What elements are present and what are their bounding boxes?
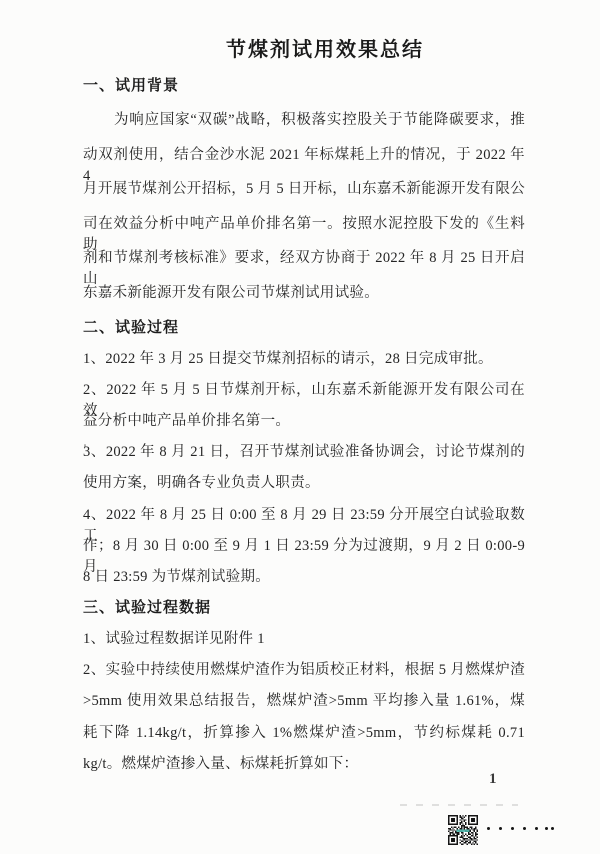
text-line: 8 日 23:59 为节煤剂试验期。: [83, 567, 525, 598]
document-title: 节煤剂试用效果总结: [104, 30, 546, 76]
dot-mark: [487, 827, 490, 830]
text-line: 4、2022 年 8 月 25 日 0:00 至 8 月 29 日 23:59 …: [83, 505, 525, 536]
dot-mark: [535, 827, 538, 830]
text-line: 1、2022 年 3 月 25 日提交节煤剂招标的请示，28 日完成审批。: [83, 349, 525, 380]
document-page: 节煤剂试用效果总结 一、试用背景 为响应国家“双碳”战略，积极落实控股关于节能降…: [0, 0, 600, 854]
text-line: 益分析中吨产品单价排名第一。: [83, 411, 525, 442]
dot-mark: [511, 827, 514, 830]
text-line: 剂和节煤剂考核标准》要求，经双方协商于 2022 年 8 月 25 日开启山: [83, 248, 525, 283]
section-lines: 1、2022 年 3 月 25 日提交节煤剂招标的请示，28 日完成审批。 2、…: [83, 349, 525, 599]
scan-stray-mark: 1: [489, 771, 499, 787]
document-section: 三、试验过程数据 1、试验过程数据详见附件 1 2、实验中持续使用燃煤炉渣作为铝…: [83, 598, 525, 785]
text-line: 司在效益分析中吨产品单价排名第一。按照水泥控股下发的《生料助: [83, 214, 525, 249]
document-sections: 一、试用背景 为响应国家“双碳”战略，积极落实控股关于节能降碳要求，推 动双剂使…: [83, 76, 525, 785]
text-line: 2、2022 年 5 月 5 日节煤剂开标，山东嘉禾新能源开发有限公司在效: [83, 380, 525, 411]
text-line: 作；8 月 30 日 0:00 至 9 月 1 日 23:59 分为过渡期，9 …: [83, 536, 525, 567]
document-section: 二、试验过程 1、2022 年 3 月 25 日提交节煤剂招标的请示，28 日完…: [83, 318, 525, 599]
dotted-marks: [487, 827, 554, 830]
qr-code-icon: [448, 815, 478, 845]
text-line: >5mm 使用效果总结报告，燃煤炉渣>5mm 平均掺入量 1.61%，煤: [83, 691, 525, 722]
text-line: kg/t。燃煤炉渣掺入量、标煤耗折算如下：: [83, 754, 525, 785]
dot-mark: [499, 827, 502, 830]
text-line: 3、2022 年 8 月 21 日，召开节煤剂试验准备协调会，讨论节煤剂的: [83, 442, 525, 473]
text-line: 东嘉禾新能源开发有限公司节煤剂试用试验。: [83, 283, 525, 318]
dot-mark: [523, 827, 526, 830]
text-line: 2、实验中持续使用燃煤炉渣作为铝质校正材料，根据 5 月燃煤炉渣: [83, 660, 525, 691]
section-heading: 一、试用背景: [83, 76, 525, 110]
scan-speck: [84, 444, 86, 447]
text-line: 动双剂使用，结合金沙水泥 2021 年标煤耗上升的情况，于 2022 年 4: [83, 145, 525, 180]
text-line: 耗下降 1.14kg/t，折算掺入 1%燃煤炉渣>5mm，节约标煤耗 0.71: [83, 723, 525, 754]
document-section: 一、试用背景 为响应国家“双碳”战略，积极落实控股关于节能降碳要求，推 动双剂使…: [83, 76, 525, 318]
dot-mark: [545, 827, 548, 830]
text-line: 为响应国家“双碳”战略，积极落实控股关于节能降碳要求，推: [83, 110, 525, 145]
text-line: 月开展节煤剂公开招标，5 月 5 日开标，山东嘉禾新能源开发有限公: [83, 179, 525, 214]
text-line: 1、试验过程数据详见附件 1: [83, 629, 525, 660]
text-line: 使用方案，明确各专业负责人职责。: [83, 473, 525, 504]
scan-smudge: [400, 804, 518, 806]
section-lines: 1、试验过程数据详见附件 1 2、实验中持续使用燃煤炉渣作为铝质校正材料，根据 …: [83, 629, 525, 785]
section-heading: 三、试验过程数据: [83, 598, 525, 629]
section-lines: 为响应国家“双碳”战略，积极落实控股关于节能降碳要求，推 动双剂使用，结合金沙水…: [83, 110, 525, 318]
section-heading: 二、试验过程: [83, 318, 525, 349]
document-content: 节煤剂试用效果总结 一、试用背景 为响应国家“双碳”战略，积极落实控股关于节能降…: [83, 30, 525, 785]
dot-mark: [551, 827, 554, 830]
